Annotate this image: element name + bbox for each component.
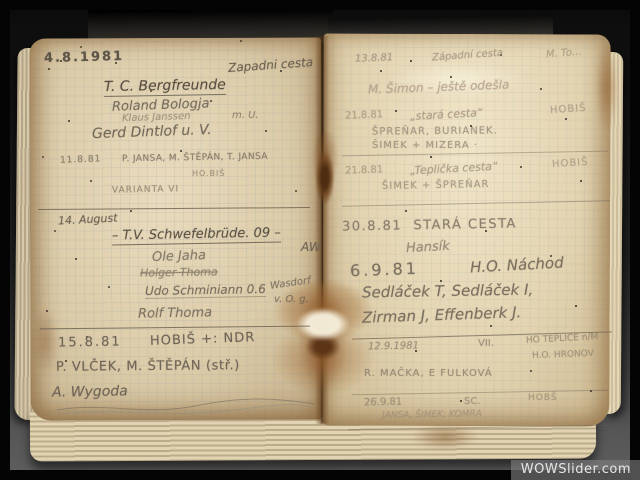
- right-entry5-date: 12.9.1981: [368, 341, 419, 353]
- right-entry1-names-2: ŠIMEK + MIZERA ·: [372, 140, 478, 151]
- bottom-edge-stain: [400, 420, 490, 454]
- right-entry2-names: ŠIMEK + ŠPREŇAR: [382, 179, 490, 192]
- left-entry-date-header: 4.8.1981: [44, 49, 125, 66]
- right-edge-stain: [590, 42, 618, 172]
- right-entry1-names: ŠPREŇAR, BURIANEK.: [372, 125, 498, 137]
- wowslider-watermark-link[interactable]: WOWSlider.com: [511, 460, 640, 480]
- right-entry3-name: Hansík: [406, 239, 451, 256]
- left-signature-2-suffix: m. U.: [232, 110, 259, 121]
- left-entry2-signature-2: Holger Thoma: [140, 265, 218, 279]
- right-entry5-grade: VII.: [478, 338, 494, 349]
- left-entry2-mark: AW: [301, 240, 321, 254]
- right-entry2-date: 21.8.81: [345, 164, 384, 176]
- right-entry6-date: 26.9.81: [364, 397, 402, 409]
- right-date-header: 13.8.81: [355, 52, 394, 64]
- left-entry3-names-2: A. Wygoda: [52, 383, 128, 400]
- right-entry6-names: JANSA, ŠIMEK; KOMRA: [382, 409, 482, 421]
- right-entry3-date: 30.8.81: [342, 218, 402, 234]
- slider-slide-photo: 4.8.1981 Zapadni cesta T. C. Bergfreunde…: [0, 0, 640, 480]
- left-entry2-place-2: v. O. g.: [274, 294, 309, 305]
- left-entry1-date: 11.8.81: [60, 154, 102, 165]
- left-entry3-names: P. VLČEK, M. ŠTĚPÁN (stř.): [56, 358, 240, 375]
- right-entry6-route: SC.: [464, 396, 481, 407]
- right-entry3-date-route: 30.8.81 STARÁ CESTA: [342, 216, 517, 234]
- left-entry2-signature-4: Rolf Thoma: [138, 305, 212, 321]
- right-entry6-mark: HOBŠ: [528, 393, 558, 403]
- left-entry2-signature-1: Ole Jaha: [152, 248, 206, 265]
- left-entry1-note: HO.BIŠ: [192, 169, 225, 178]
- right-entry1-date: 21.8.81: [345, 109, 384, 121]
- left-club-name: T. C. Bergfreunde: [104, 77, 226, 97]
- right-entry4-names: Sedláček T, Sedláček I,: [362, 281, 534, 302]
- right-page-speckles: [380, 70, 382, 72]
- left-entry1-variant: VARIANTA VI: [112, 184, 179, 195]
- left-entry3-date: 15.8.81: [58, 334, 122, 350]
- spine-stain-upper: [310, 132, 340, 208]
- left-entry2-signature-3: Udo Schminiann 0.6: [145, 282, 266, 299]
- right-entry4-date: 6.9.81: [350, 259, 420, 280]
- right-entry3-route: STARÁ CESTA: [413, 216, 517, 233]
- right-entry5-names: R. MAČKA, E FULKOVÁ: [364, 368, 493, 379]
- left-entry2-title: – T.V. Schwefelbrüde. 09 –: [112, 226, 281, 246]
